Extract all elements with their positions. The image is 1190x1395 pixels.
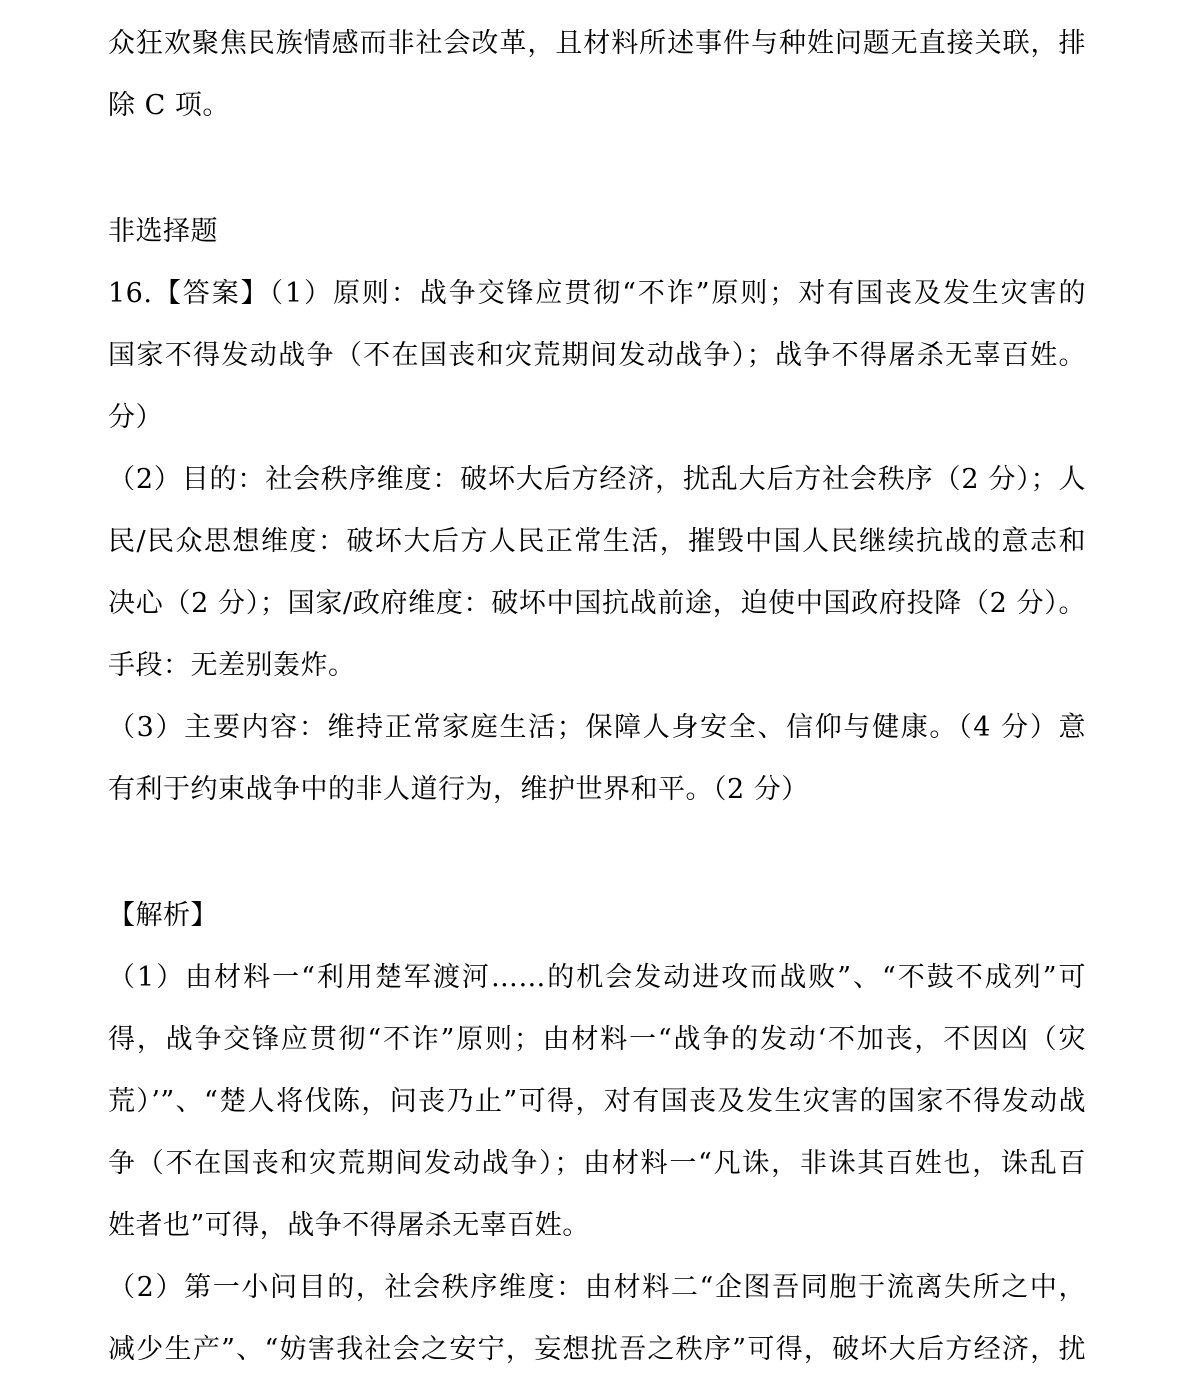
text-line: 国家不得发动战争（不在国丧和灾荒期间发动战争）；战争不得屠杀无辜百姓。（6	[108, 325, 1086, 387]
text-line: 手段：无差别轰炸。	[108, 635, 1086, 697]
text-line: 得，战争交锋应贯彻“不诈”原则；由材料一“战争的发动‘不加丧，不因凶（灾	[108, 1009, 1086, 1071]
question16-answer: 16.【答案】（1）原则：战争交锋应贯彻“不诈”原则；对有国丧及发生灾害的 国家…	[108, 263, 1086, 821]
text-line: 16.【答案】（1）原则：战争交锋应贯彻“不诈”原则；对有国丧及发生灾害的	[108, 263, 1086, 325]
text-line: （1）由材料一“利用楚军渡河……的机会发动进攻而战败”、“不鼓不成列”可	[108, 947, 1086, 1009]
text-line: 决心（2 分）；国家/政府维度：破坏中国抗战前途，迫使中国政府投降（2 分）。	[108, 573, 1086, 635]
analysis-heading: 【解析】	[108, 885, 1086, 947]
text-line: 民/民众思想维度：破坏大后方人民正常生活，摧毁中国人民继续抗战的意志和	[108, 511, 1086, 573]
text-line: 除 C 项。	[108, 75, 1086, 137]
text-line: 减少生产”、“妨害我社会之安宁，妄想扰吾之秩序”可得，破坏大后方经济，扰	[108, 1319, 1086, 1381]
text-line: 争（不在国丧和灾荒期间发动战争）；由材料一“凡诛，非诛其百姓也，诛乱百	[108, 1133, 1086, 1195]
text-line: 有利于约束战争中的非人道行为，维护世界和平。（2 分）	[108, 759, 1086, 821]
text-line: （2）第一小问目的，社会秩序维度：由材料二“企图吾同胞于流离失所之中，	[108, 1257, 1086, 1319]
text-line: 众狂欢聚焦民族情感而非社会改革，且材料所述事件与种姓问题无直接关联，排	[108, 13, 1086, 75]
text-line: （3）主要内容：维持正常家庭生活；保障人身安全、信仰与健康。（4 分）意义：	[108, 697, 1086, 759]
question16-analysis: （1）由材料一“利用楚军渡河……的机会发动进攻而战败”、“不鼓不成列”可 得，战…	[108, 947, 1086, 1381]
document-page: 众狂欢聚焦民族情感而非社会改革，且材料所述事件与种姓问题无直接关联，排 除 C …	[0, 0, 1190, 1395]
text-line: （2）目的：社会秩序维度：破坏大后方经济，扰乱大后方社会秩序（2 分）；人	[108, 449, 1086, 511]
text-line: 姓者也”可得，战争不得屠杀无辜百姓。	[108, 1195, 1086, 1257]
previous-answer-continuation: 众狂欢聚焦民族情感而非社会改革，且材料所述事件与种姓问题无直接关联，排 除 C …	[108, 13, 1086, 137]
text-line: 荒）’”、“楚人将伐陈，问丧乃止”可得，对有国丧及发生灾害的国家不得发动战	[108, 1071, 1086, 1133]
section-heading: 非选择题	[108, 201, 1086, 263]
text-line: 分）	[108, 387, 1086, 449]
